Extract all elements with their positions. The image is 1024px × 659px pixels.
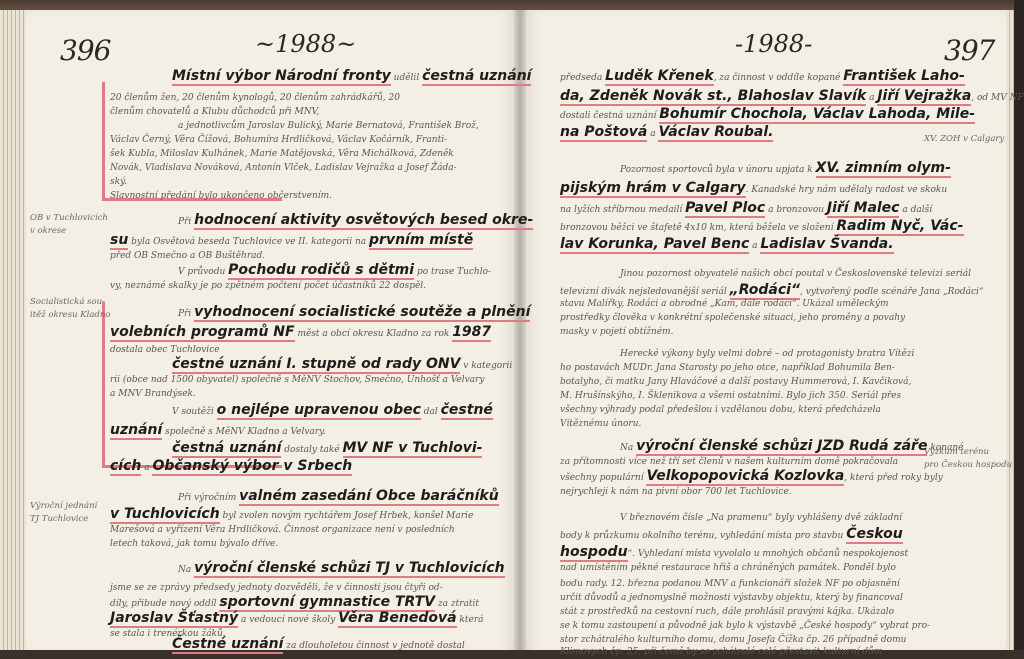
highlighted-phrase: na Poštová — [560, 124, 647, 142]
line-text: , za činnost v oddíle kopané — [714, 73, 844, 83]
text-line: nad umístěním pěkné restaurace hřiš a ch… — [560, 562, 896, 574]
line-text: všechny výhrady podal předešlou i vzděla… — [560, 405, 881, 415]
text-line: Jinou pozornost obyvatelé našich obcí po… — [620, 268, 971, 280]
text-line: šek Kubla, Miloslav Kulhánek, Marie Matě… — [110, 148, 454, 160]
text-line: stavu Malířky, Rodáci a obrodné „Kam, dá… — [560, 298, 889, 310]
line-text: všechny populární — [560, 473, 646, 483]
line-text: v kategorii — [460, 361, 512, 371]
highlighted-phrase: lav Korunka, Pavel Benc — [560, 236, 749, 254]
line-text: dostala obec Tuchlovice — [110, 345, 220, 355]
line-text: za ztratit — [435, 599, 479, 609]
text-line: 20 členům žen, 20 členům kynologů, 20 čl… — [110, 92, 400, 104]
text-line: su byla Osvětová beseda Tuchlovice ve II… — [110, 234, 473, 248]
line-text: V soutěži — [172, 407, 217, 417]
line-text: Vítěznému únoru. — [560, 419, 641, 429]
text-line: v Tuchlovicích byl zvolen novým rychtáře… — [110, 508, 473, 522]
text-line: ský. — [110, 176, 127, 188]
line-text: dostali čestná uznání — [560, 111, 659, 121]
margin-note: OB v Tuchlovicích v okrese — [30, 212, 108, 238]
text-line: televizní divák nejsledovanější seriál „… — [560, 284, 984, 298]
highlighted-phrase: František Laho- — [843, 68, 965, 86]
line-text: a — [749, 241, 760, 251]
red-bracket-1 — [102, 82, 105, 200]
highlighted-phrase: valném zasedání Obce baráčníků — [239, 488, 499, 506]
line-text: stát z prostředků na cestovní ruch, dále… — [560, 607, 894, 617]
text-line: vy, neznámé skalky je po zpětném počtení… — [110, 280, 426, 292]
line-text: členům chovatelů a Klubu důchodců při MN… — [110, 107, 319, 117]
highlighted-phrase: Věra Benedová — [338, 610, 456, 628]
highlighted-phrase: MV NF v Tuchlovi- — [343, 440, 483, 458]
highlighted-phrase: výroční členské schůzi JZD Rudá záře — [636, 438, 927, 456]
text-line: Pozornost sportovců byla v únoru upjata … — [620, 162, 951, 176]
text-line: pijským hrám v Calgary. Kanadské hry nám… — [560, 182, 947, 196]
text-line: a MNV Brandýsek. — [110, 388, 196, 400]
line-text: ho postavách MUDr. Jana Starosty po jeho… — [560, 363, 895, 373]
line-text: Jinou pozornost obyvatelé našich obcí po… — [620, 269, 971, 279]
book-gutter — [514, 10, 526, 652]
highlighted-phrase: čestná uznání — [172, 440, 281, 458]
text-line: M. Hrušínskýho, I. Šklenikova a všemi os… — [560, 390, 901, 402]
text-line: Slavnostní předání bylo ukončeno občerst… — [110, 190, 332, 202]
line-text: na lyžích stříbrnou medailí — [560, 205, 685, 215]
line-text: . Kanadské hry nám udělaly radost ve sko… — [746, 185, 948, 195]
line-text: předseda — [560, 73, 605, 83]
highlighted-phrase: o nejlépe upravenou obec — [217, 402, 421, 420]
text-line: za přítomnosti více než tří set členů v … — [560, 456, 898, 468]
highlighted-phrase: volebních programů NF — [110, 324, 295, 342]
right-page-number: 397 — [944, 34, 994, 67]
text-line: dostali čestná uznání Bohumír Chochola, … — [560, 108, 975, 122]
text-line: členům chovatelů a Klubu důchodců při MN… — [110, 106, 319, 118]
text-line: všechny výhrady podal předešlou i vzděla… — [560, 404, 881, 416]
highlighted-phrase: čestné uznání I. stupně od rady ONV — [172, 356, 460, 374]
line-text: Novák, Vladislava Nováková, Antonín Vlče… — [110, 163, 457, 173]
line-text: a vedoucí nové školy — [238, 615, 338, 625]
text-line: rii (obce nad 1500 obyvatel) společně s … — [110, 374, 484, 386]
highlighted-phrase: Václav Roubal. — [658, 124, 773, 142]
text-line: volebních programů NF měst a obcí okresu… — [110, 326, 491, 340]
line-text: Herecké výkony byly velmi dobré – od pro… — [620, 349, 914, 359]
line-text: rii (obce nad 1500 obyvatel) společně s … — [110, 375, 484, 385]
text-line: všechny populární Velkopopovická Kozlovk… — [560, 470, 943, 484]
text-line: Na výroční členské schůzi JZD Rudá záře … — [620, 440, 964, 454]
highlighted-phrase: Čestné uznání — [172, 636, 283, 654]
text-line: Václav Černý, Věra Čížová, Bohumíra Hrdl… — [110, 134, 447, 146]
line-text: a jednotlivcům Jaroslav Bulický, Marie B… — [178, 121, 479, 131]
text-line: Vítěznému únoru. — [560, 418, 641, 430]
line-text: a bronzovou — [765, 205, 827, 215]
line-text: , od MV NF — [971, 93, 1023, 103]
line-text: před OB Smečno a OB Buštěhrad. — [110, 251, 265, 261]
highlighted-phrase: Českou — [846, 526, 903, 544]
line-text: Marešová a vyřízení Věra Hrdličková. Čin… — [110, 525, 455, 535]
line-text: se k tomu zastoupení a původně jak bylo … — [560, 621, 930, 631]
line-text: “. Vyhledaní místa vyvolalo u mnohých ob… — [628, 549, 909, 559]
line-text: Na — [178, 565, 194, 575]
line-text: masky v pojetí obtížném. — [560, 327, 673, 337]
line-text: měst a obcí okresu Kladno za rok — [295, 329, 453, 339]
highlighted-phrase: Bohumír Chochola, Václav Lahoda, Mile- — [659, 106, 975, 124]
left-page-number: 396 — [60, 34, 110, 67]
line-text: letech taková, jak tomu bývalo dříve. — [110, 539, 278, 549]
line-text: Pozornost sportovců byla v únoru upjata … — [620, 165, 816, 175]
line-text: a — [647, 129, 658, 139]
margin-note: XV. ZOH v Calgary — [924, 133, 1004, 146]
line-text: V březnovém čísle „Na pramenu“ byly vyhl… — [620, 513, 902, 523]
text-line: předseda Luděk Křenek, za činnost v oddí… — [560, 70, 965, 84]
highlighted-phrase: XV. zimním olym- — [816, 160, 951, 178]
left-page-year: ~1988~ — [255, 30, 356, 58]
highlighted-phrase: Ladislav Švanda. — [760, 236, 893, 254]
red-bracket-2 — [102, 302, 105, 466]
highlighted-phrase: Radim Nyč, Vác- — [836, 218, 963, 236]
line-text: po trase Tuchlo- — [414, 267, 491, 277]
line-text: dostaly také — [281, 445, 342, 455]
text-line: dostala obec Tuchlovice — [110, 344, 220, 356]
line-text: za dlouholetou činnost v jednotě dostal — [283, 641, 464, 651]
text-line: V soutěži o nejlépe upravenou obec dal č… — [172, 404, 493, 418]
highlighted-phrase: Jaroslav Šťastný — [110, 610, 238, 628]
text-line: stát z prostředků na cestovní ruch, dále… — [560, 606, 894, 618]
text-line: čestná uznání dostaly také MV NF v Tuchl… — [172, 442, 482, 456]
highlighted-phrase: Jiří Malec — [827, 200, 900, 218]
line-text: , vytvořený podle scénáře Jana „Rodáci“ — [800, 287, 984, 297]
text-line: čestné uznání I. stupně od rady ONV v ka… — [172, 358, 512, 372]
text-line: body k průzkumu okolního terénu, vyhledá… — [560, 528, 903, 542]
highlighted-phrase: hodnocení aktivity osvětových besed okre… — [194, 212, 533, 230]
line-text: M. Hrušínskýho, I. Šklenikova a všemi os… — [560, 391, 901, 401]
page-edges-left — [0, 10, 26, 652]
text-line: da, Zdeněk Novák st., Blahoslav Slavík a… — [560, 90, 1024, 104]
text-line: stor zchátralého kulturního domu, domu J… — [560, 634, 906, 646]
text-line: na Poštová a Václav Roubal. — [560, 126, 773, 140]
line-text: byl zvolen novým rychtářem Josef Hrbek, … — [220, 511, 474, 521]
text-line: jsme se ze zprávy předsedy jednoty dozvě… — [110, 582, 443, 594]
line-text: určit důvodů a jednomyslně možnosti výst… — [560, 593, 903, 603]
text-line: určit důvodů a jednomyslně možnosti výst… — [560, 592, 903, 604]
right-page-year: -1988- — [735, 30, 812, 58]
text-line: bronzovou běžci ve štafetě 4x10 km, kter… — [560, 220, 964, 234]
line-text: dal — [421, 407, 441, 417]
line-text: jsme se ze zprávy předsedy jednoty dozvě… — [110, 583, 443, 593]
highlighted-phrase: da, Zdeněk Novák st., Blahoslav Slavík — [560, 88, 866, 106]
line-text: byla Osvětová beseda Tuchlovice ve II. k… — [128, 237, 369, 247]
line-text: Klimovych čp. 25, při čemž by se zchátra… — [560, 647, 882, 657]
text-line: Marešová a vyřízení Věra Hrdličková. Čin… — [110, 524, 455, 536]
text-line: Novák, Vladislava Nováková, Antonín Vlče… — [110, 162, 457, 174]
line-text: prostředky člověka v konkrétní společens… — [560, 313, 905, 323]
line-text: ský. — [110, 177, 127, 187]
highlighted-phrase: hospodu — [560, 544, 628, 562]
highlighted-phrase: Luděk Křenek — [605, 68, 714, 86]
line-text: stor zchátralého kulturního domu, domu J… — [560, 635, 906, 645]
line-text: Při — [178, 309, 194, 319]
line-text: a další — [899, 205, 932, 215]
highlighted-phrase: Pavel Ploc — [685, 200, 765, 218]
text-line: V březnovém čísle „Na pramenu“ byly vyhl… — [620, 512, 902, 524]
text-line: Čestné uznání za dlouholetou činnost v j… — [172, 638, 465, 652]
text-line: před OB Smečno a OB Buštěhrad. — [110, 250, 265, 262]
highlighted-phrase: prvním místě — [369, 232, 473, 250]
line-text: a MNV Brandýsek. — [110, 389, 196, 399]
line-text: Václav Černý, Věra Čížová, Bohumíra Hrdl… — [110, 135, 447, 145]
text-line: se k tomu zastoupení a původně jak bylo … — [560, 620, 930, 632]
text-line: botalyho, či matku Jany Hlaváčové a dalš… — [560, 376, 911, 388]
line-text: stavu Malířky, Rodáci a obrodné „Kam, dá… — [560, 299, 889, 309]
line-text: V průvodu — [178, 267, 228, 277]
text-line: ho postavách MUDr. Jana Starosty po jeho… — [560, 362, 895, 374]
highlighted-phrase: Velkopopovická Kozlovka — [646, 468, 844, 486]
line-text: udělil — [391, 73, 422, 83]
margin-note: Socialistická sou- itěž okresu Kladno — [30, 296, 110, 322]
highlighted-phrase: v Tuchlovicích — [110, 506, 220, 524]
highlighted-phrase: 1987 — [452, 324, 491, 342]
margin-note: Výroční jednání TJ Tuchlovice — [30, 500, 97, 526]
highlighted-phrase: Místní výbor Národní fronty — [172, 68, 391, 86]
line-text: botalyho, či matku Jany Hlaváčové a dalš… — [560, 377, 911, 387]
text-line: letech taková, jak tomu bývalo dříve. — [110, 538, 278, 550]
text-line: bodu rady. 12. března podanou MNV a funk… — [560, 578, 900, 590]
text-line: Při vyhodnocení socialistické soutěže a … — [178, 306, 530, 320]
text-line: Herecké výkony byly velmi dobré – od pro… — [620, 348, 914, 360]
text-line: díly, přibude nový oddíl sportovní gymna… — [110, 596, 479, 610]
line-text: Při výročním — [178, 493, 239, 503]
highlighted-phrase: výroční členské schůzi TJ v Tuchlovicích — [194, 560, 505, 578]
text-line: Místní výbor Národní fronty udělil čestn… — [172, 70, 531, 84]
line-text: za přítomnosti více než tří set členů v … — [560, 457, 898, 467]
line-text: nad umístěním pěkné restaurace hřiš a ch… — [560, 563, 896, 573]
text-line: uznání společně s MěNV Kladno a Velvary. — [110, 424, 326, 438]
line-text: nejrychleji k nám na pivní obor 700 let … — [560, 487, 792, 497]
text-line: a jednotlivcům Jaroslav Bulický, Marie B… — [178, 120, 479, 132]
line-text: která — [457, 615, 484, 625]
highlighted-phrase: cích — [110, 458, 141, 476]
highlighted-phrase: uznání — [110, 422, 162, 440]
highlighted-phrase: Občanský výbor v Srbech — [152, 458, 352, 476]
line-text: díly, přibude nový oddíl — [110, 599, 219, 609]
text-line: prostředky člověka v konkrétní společens… — [560, 312, 905, 324]
text-line: lav Korunka, Pavel Benc a Ladislav Švand… — [560, 238, 894, 252]
line-text: a — [141, 463, 152, 473]
highlighted-phrase: čestné — [441, 402, 493, 420]
text-line: Při výročním valném zasedání Obce baráčn… — [178, 490, 499, 504]
line-text: šek Kubla, Miloslav Kulhánek, Marie Matě… — [110, 149, 454, 159]
text-line: nejrychleji k nám na pivní obor 700 let … — [560, 486, 792, 498]
line-text: bronzovou běžci ve štafetě 4x10 km, kter… — [560, 223, 836, 233]
highlighted-phrase: čestná uznání — [422, 68, 531, 86]
text-line: Klimovych čp. 25, při čemž by se zchátra… — [560, 646, 882, 658]
line-text: 20 členům žen, 20 členům kynologů, 20 čl… — [110, 93, 400, 103]
line-text: Na — [620, 443, 636, 453]
highlighted-phrase: vyhodnocení socialistické soutěže a plně… — [194, 304, 530, 322]
line-text: Při — [178, 217, 194, 227]
highlighted-phrase: pijským hrám v Calgary — [560, 180, 746, 198]
highlighted-phrase: Jiří Vejražka — [877, 88, 971, 106]
line-text: , která před roky byly — [844, 473, 943, 483]
line-text: body k průzkumu okolního terénu, vyhledá… — [560, 531, 846, 541]
text-line: cích a Občanský výbor v Srbech — [110, 460, 352, 474]
text-line: Jaroslav Šťastný a vedoucí nové školy Vě… — [110, 612, 484, 626]
line-text: bodu rady. 12. března podanou MNV a funk… — [560, 579, 900, 589]
line-text: konané — [927, 443, 963, 453]
line-text: televizní divák nejsledovanější seriál — [560, 287, 730, 297]
text-line: na lyžích stříbrnou medailí Pavel Ploc a… — [560, 202, 932, 216]
text-line: Při hodnocení aktivity osvětových besed … — [178, 214, 533, 228]
highlighted-phrase: Pochodu rodičů s dětmi — [228, 262, 414, 280]
line-text: společně s MěNV Kladno a Velvary. — [162, 427, 326, 437]
text-line: masky v pojetí obtížném. — [560, 326, 673, 338]
line-text: Slavnostní předání bylo ukončeno občerst… — [110, 191, 332, 201]
line-text: a — [866, 93, 877, 103]
highlighted-phrase: su — [110, 232, 128, 250]
text-line: Na výroční členské schůzi TJ v Tuchlovic… — [178, 562, 505, 576]
text-line: hospodu“. Vyhledaní místa vyvolalo u mno… — [560, 546, 908, 560]
line-text: vy, neznámé skalky je po zpětném počtení… — [110, 281, 426, 291]
text-line: V průvodu Pochodu rodičů s dětmi po tras… — [178, 264, 491, 278]
